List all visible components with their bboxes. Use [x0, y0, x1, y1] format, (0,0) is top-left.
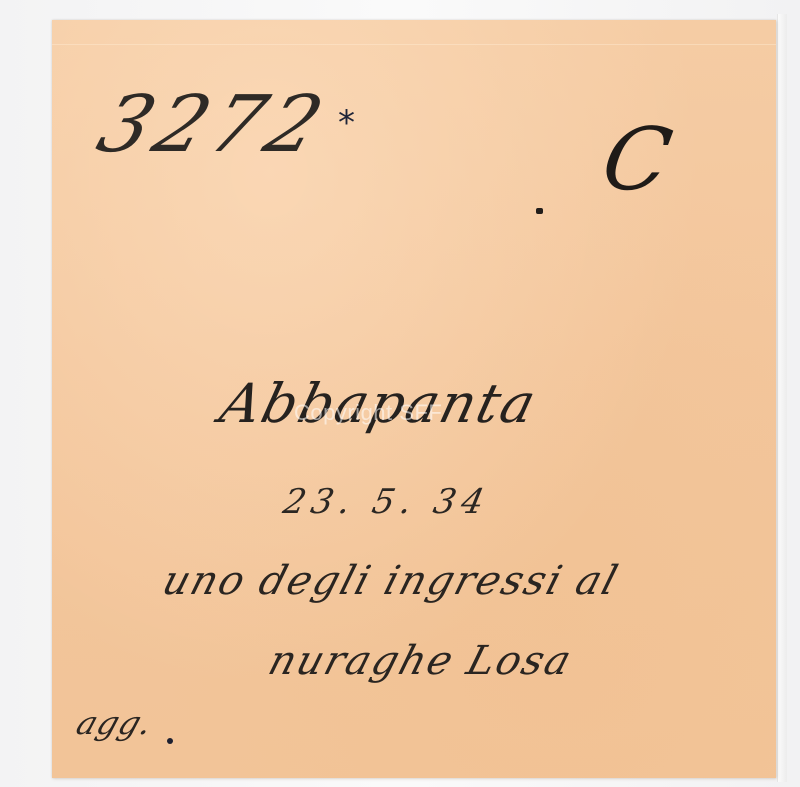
catalog-number: 3272	[87, 80, 339, 170]
dot-mark	[536, 208, 543, 214]
scan-background: 3272 * C Abbapanta Copyright SFF 23. 5. …	[0, 0, 800, 787]
initials-ink-dot	[167, 738, 173, 744]
mount-edge	[777, 14, 787, 782]
classification-letter: C	[595, 110, 679, 210]
description-line-2: nuraghe Losa	[263, 638, 577, 684]
index-card: 3272 * C Abbapanta Copyright SFF 23. 5. …	[52, 20, 776, 778]
date: 23. 5. 34	[280, 482, 494, 522]
star-mark-icon: *	[338, 106, 355, 140]
description-line-1: uno degli ingressi al	[157, 558, 624, 604]
copyright-watermark: Copyright SFF	[294, 400, 442, 426]
author-initials: agg.	[72, 704, 159, 742]
